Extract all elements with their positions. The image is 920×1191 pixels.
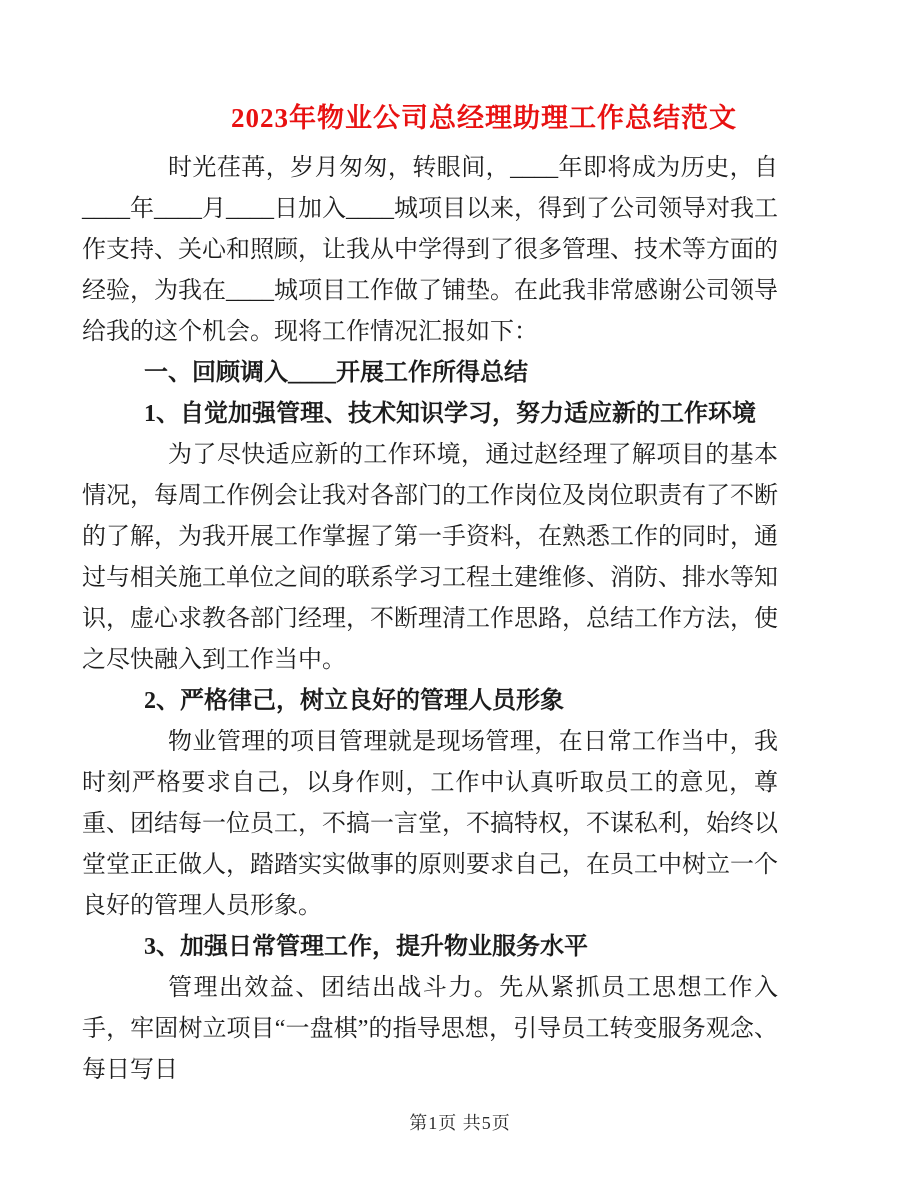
paragraph: 管理出效益、团结出战斗力。先从紧抓员工思想工作入手，牢固树立项目“一盘棋”的指导… bbox=[82, 968, 778, 1091]
heading: 一、回顾调入____开展工作所得总结 bbox=[82, 353, 778, 394]
paragraph: 为了尽快适应新的工作环境，通过赵经理了解项目的基本情况，每周工作例会让我对各部门… bbox=[82, 435, 778, 681]
document-page: 2023年物业公司总经理助理工作总结范文 时光荏苒，岁月匆匆，转眼间，____年… bbox=[0, 0, 920, 1191]
page-number-footer: 第1页 共5页 bbox=[0, 1110, 920, 1136]
paragraph: 物业管理的项目管理就是现场管理，在日常工作当中，我时刻严格要求自己，以身作则，工… bbox=[82, 722, 778, 927]
paragraph: 时光荏苒，岁月匆匆，转眼间，____年即将成为历史，自____年____月___… bbox=[82, 148, 778, 353]
document-title: 2023年物业公司总经理助理工作总结范文 bbox=[0, 0, 920, 138]
document-body: 时光荏苒，岁月匆匆，转眼间，____年即将成为历史，自____年____月___… bbox=[82, 148, 778, 1091]
heading: 3、加强日常管理工作，提升物业服务水平 bbox=[82, 927, 778, 968]
heading: 2、严格律己，树立良好的管理人员形象 bbox=[82, 681, 778, 722]
heading: 1、自觉加强管理、技术知识学习，努力适应新的工作环境 bbox=[82, 394, 778, 435]
